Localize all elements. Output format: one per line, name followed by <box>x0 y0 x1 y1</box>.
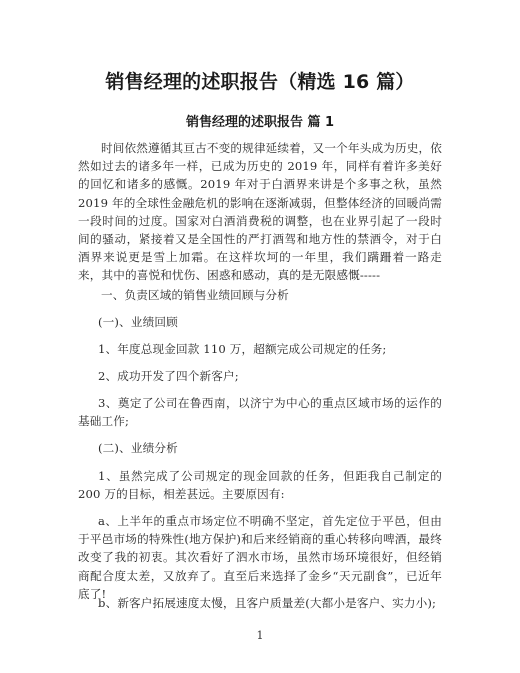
list-item-new-clients: 2、成功开发了四个新客户; <box>78 367 442 385</box>
intro-paragraph: 时间依然遵循其亘古不变的规律延续着，又一个年头成为历史，依然如过去的诸多年一样，… <box>78 139 442 285</box>
page-number: 1 <box>0 629 520 643</box>
document-title: 销售经理的述职报告（精选 16 篇） <box>0 70 520 94</box>
analysis-point-b: b、新客户拓展速度太慢，且客户质量差(大都小是客户、实力小); <box>78 594 442 612</box>
section-title: 销售经理的述职报告 篇 1 <box>0 114 520 132</box>
subheading-performance-review: (一)、业绩回顾 <box>78 313 442 331</box>
analysis-point-1: 1、虽然完成了公司规定的现金回款的任务，但距我自己制定的 200 万的目标，相差… <box>78 467 442 503</box>
list-item-cash-collection: 1、年度总现金回款 110 万，超额完成公司规定的任务; <box>78 340 442 358</box>
analysis-point-a: a、上半年的重点市场定位不明确不坚定，首先定位于平邑，但由于平邑市场的特殊性(地… <box>78 512 442 603</box>
document-page: 销售经理的述职报告（精选 16 篇） 销售经理的述职报告 篇 1 时间依然遵循其… <box>0 0 520 673</box>
list-item-foundation-work: 3、奠定了公司在鲁西南，以济宁为中心的重点区域市场的运作的基础工作; <box>78 394 442 430</box>
heading-performance-review-analysis: 一、负责区域的销售业绩回顾与分析 <box>78 286 442 304</box>
subheading-performance-analysis: (二)、业绩分析 <box>78 439 442 457</box>
